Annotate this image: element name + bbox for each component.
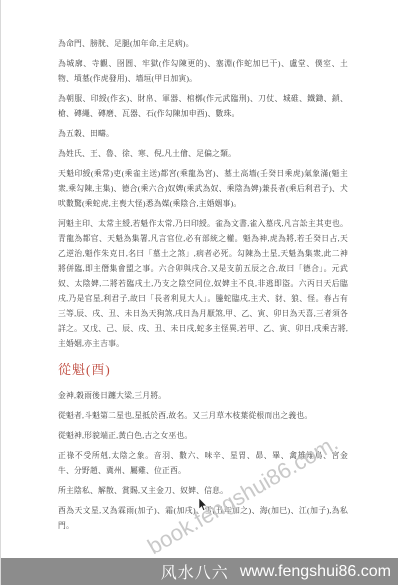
paragraph-top-7: 河魁主印、太常主綬,若魁作太常,乃曰印綬。雀為文書,雀入墓戌,凡言訟主其吏也。青…: [58, 216, 348, 351]
paragraph-top-5: 為姓氏、王、魯、徐、寒、倪,凡土儈、足偏之類。: [58, 146, 348, 161]
paragraph-top-6: 天魁印綬(乘常)吏(乘雀主送)都宮(乘龍為宮)、墓土高墻(壬癸日乘虎)氣象滿(魁…: [58, 166, 348, 211]
paragraph-main-2: 從魁者,斗魁第二星也,星抵於酉,故名。又三月草木枝葉從根而出之義也。: [58, 408, 348, 423]
paragraph-top-1: 為命門、膀胱、足腿(加年命,主足病)。: [58, 36, 348, 51]
paragraph-top-2: 為城廓、寺觀、囹圄、牢獄(作勾陳更的)、塞淵(作蛇加巳干)、盧堂、僕室、土物、墳…: [58, 56, 348, 86]
paragraph-main-5: 所主陰私、解散、賞賜,又主金刀、奴婢、信息。: [58, 483, 348, 498]
mouse-cursor-icon: [199, 498, 208, 512]
paragraph-top-3: 為朝服、印綬(作玄)、財帛、軍器、棺槨(作元武臨刑)、刀仗、城碓、鐵鋤、鎖、槍、…: [58, 91, 348, 121]
document-page: 為命門、膀胱、足腿(加年命,主足病)。 為城廓、寺觀、囹圄、牢獄(作勾陳更的)、…: [0, 0, 398, 585]
section-heading: 從魁(酉): [58, 361, 348, 379]
footer-site-name: 风水八六: [161, 560, 229, 583]
page-content: 為命門、膀胱、足腿(加年命,主足病)。 為城廓、寺觀、囹圄、牢獄(作勾陳更的)、…: [58, 36, 348, 538]
paragraph-main-1: 金神,穀雨後日躔大梁,三月將。: [58, 388, 348, 403]
footer-site-url: www.fengshui86.com: [240, 563, 391, 581]
footer-bar: 风水八六 www.fengshui86.com: [1, 558, 398, 585]
paragraph-main-4: 正祿不受所剋,太陰之象。音羽、數六、味辛、星胃、昴、畢、禽雄雉鳥、宮金牛、分野趙…: [58, 448, 348, 478]
paragraph-top-4: 為五穀、田疇。: [58, 126, 348, 141]
paragraph-main-3: 從魁神,形貌端正,黃白色,古之女巫也。: [58, 428, 348, 443]
